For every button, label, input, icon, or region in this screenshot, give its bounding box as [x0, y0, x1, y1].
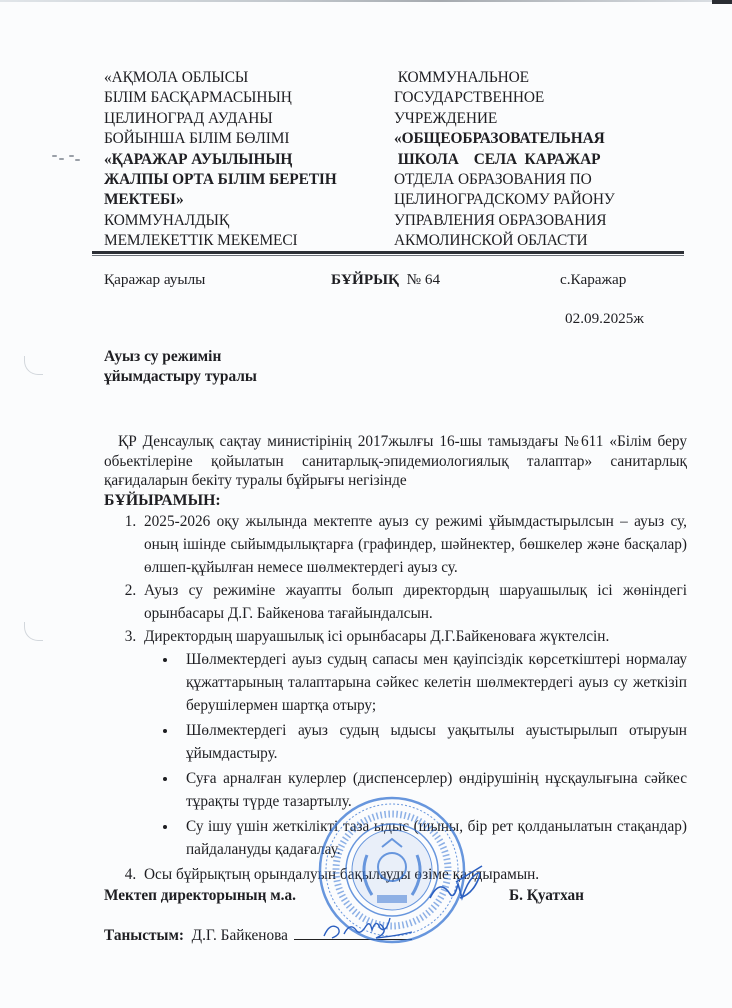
letterhead-line: «АҚМОЛА ОБЛЫСЫ [104, 68, 394, 88]
letterhead-line: ЦЕЛИНОГРАД АУДАНЫ [104, 109, 394, 129]
letterhead-line: «ҚАРАЖАР АУЫЛЫНЫҢ [104, 150, 394, 170]
order-subitems: Шөлмектердегі ауыз судың сапасы мен қауі… [144, 648, 687, 861]
place-kazakh: Қаражар ауылы [104, 271, 205, 289]
letterhead-line: УПРАВЛЕНИЯ ОБРАЗОВАНИЯ [394, 211, 654, 231]
letterhead-kazakh: «АҚМОЛА ОБЛЫСЫ БІЛІМ БАСҚАРМАСЫНЫҢ ЦЕЛИН… [104, 68, 394, 252]
order-subitem: Шөлмектердегі ауыз судың сапасы мен қауі… [178, 648, 687, 717]
letterhead-line: «ОБЩЕОБРАЗОВАТЕЛЬНАЯ [394, 129, 654, 149]
letterhead-russian: КОММУНАЛЬНОЕ ГОСУДАРСТВЕННОЕ УЧРЕЖДЕНИЕ … [394, 68, 654, 252]
acknowledgment-signature-line [294, 925, 412, 940]
order-title-line: ұйымдастыру туралы [104, 367, 257, 387]
order-items: 2025-2026 оқу жылында мектепте ауыз су р… [104, 510, 687, 886]
order-title-line: Ауыз су режимін [104, 347, 257, 367]
order-heading: БҰЙРЫҚ № 64 [331, 271, 440, 289]
signatory-name: Б. Қуатхан [509, 887, 584, 905]
scan-corner-mark [712, 0, 732, 4]
scan-smudge [52, 155, 82, 163]
letterhead-line: БОЙЫНША БІЛІМ БӨЛІМІ [104, 129, 394, 149]
letterhead-line: АКМОЛИНСКОЙ ОБЛАСТИ [394, 231, 654, 251]
letterhead-divider [92, 251, 684, 254]
signatory-role: Мектеп директорының м.а. [104, 887, 296, 905]
letterhead-line: ШКОЛА СЕЛА КАРАЖАР [394, 150, 654, 170]
letterhead-line: ЦЕЛИНОГРАДСКОМУ РАЙОНУ [394, 190, 654, 210]
order-number: № 64 [407, 271, 440, 288]
acknowledgment: Таныстым: Д.Г. Байкенова [104, 925, 412, 945]
letterhead-line: КОММУНАЛЬНОЕ [394, 68, 654, 88]
order-subitem: Шөлмектердегі ауыз судың ыдысы уақытылы … [178, 719, 687, 765]
place-russian: с.Каражар [560, 271, 626, 289]
order-item: 2025-2026 оқу жылында мектепте ауыз су р… [140, 510, 687, 579]
acknowledgment-label: Таныстым: [104, 927, 184, 944]
order-date: 02.09.2025ж [565, 310, 644, 328]
letterhead-line: КОММУНАЛДЫҚ [104, 211, 394, 231]
acknowledgment-name: Д.Г. Байкенова [192, 927, 288, 944]
order-subitem: Су ішу үшін жеткілікті таза ыдыс (шыны, … [178, 815, 687, 861]
letterhead-line: БІЛІМ БАСҚАРМАСЫНЫҢ [104, 88, 394, 108]
order-body: ҚР Денсаулық сақтау министірінің 2017жыл… [104, 432, 687, 886]
letterhead-line: ЖАЛПЫ ОРТА БІЛІМ БЕРЕТІН [104, 170, 394, 190]
order-label: БҰЙРЫҚ [331, 271, 399, 288]
preamble: ҚР Денсаулық сақтау министірінің 2017жыл… [104, 432, 687, 491]
letterhead-line: МЕКТЕБІ» [104, 190, 394, 210]
order-item: Осы бұйрықтың орындалуын бақылауды өзіме… [140, 863, 687, 886]
letterhead-divider-thin [92, 255, 684, 256]
letterhead-line: ОТДЕЛА ОБРАЗОВАНИЯ ПО [394, 170, 654, 190]
command-heading: БҰЙЫРАМЫН: [104, 491, 687, 511]
scan-edge [0, 0, 732, 2]
order-title: Ауыз су режимін ұйымдастыру туралы [104, 347, 257, 387]
order-subitem: Суға арналған кулерлер (диспенсерлер) өн… [178, 767, 687, 813]
punch-hole-mark-top [24, 356, 43, 375]
punch-hole-mark-bottom [24, 622, 43, 641]
order-item: Директордың шаруашылық ісі орынбасары Д.… [140, 625, 687, 861]
letterhead-line: ГОСУДАРСТВЕННОЕ [394, 88, 654, 108]
letterhead-line: МЕМЛЕКЕТТІК МЕКЕМЕСІ [104, 231, 394, 251]
letterhead-line: УЧРЕЖДЕНИЕ [394, 109, 654, 129]
order-item: Ауыз су режиміне жауапты болып директорд… [140, 579, 687, 625]
